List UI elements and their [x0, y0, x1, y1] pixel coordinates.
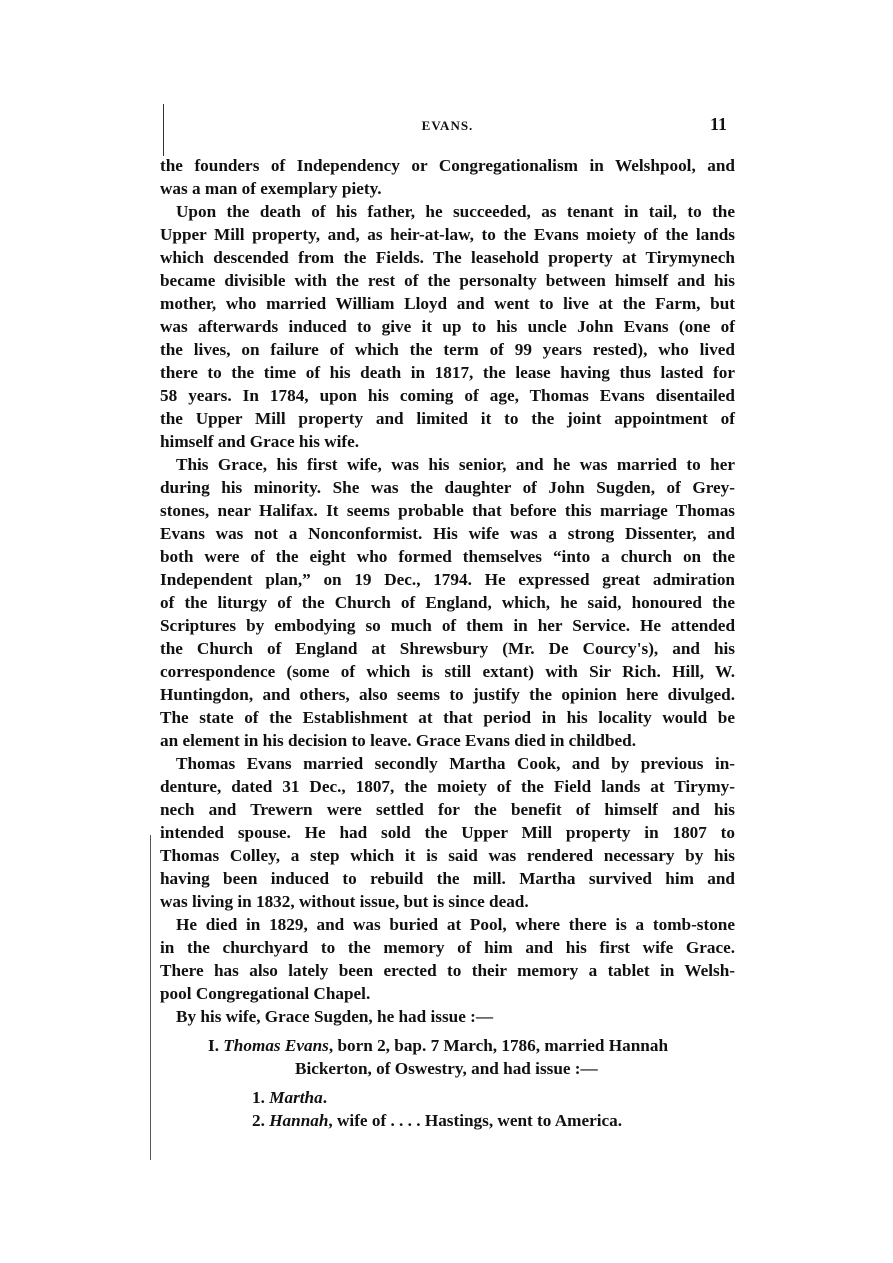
text-line: This Grace, his first wife, was his seni… — [160, 453, 735, 476]
text-line: the lives, on failure of which the term … — [160, 338, 735, 361]
text-line: was a man of exemplary piety. — [160, 177, 735, 200]
child-text: , wife of . . . . Hastings, went to Amer… — [328, 1111, 622, 1130]
text-line: was living in 1832, without issue, but i… — [160, 890, 735, 913]
page-number: 11 — [710, 114, 727, 135]
text-line: Scriptures by embodying so much of them … — [160, 614, 735, 637]
text-line: Thomas Evans married secondly Martha Coo… — [160, 752, 735, 775]
margin-line-bottom — [150, 835, 151, 1160]
text-line: became divisible with the rest of the pe… — [160, 269, 735, 292]
text-line: nech and Trewern were settled for the be… — [160, 798, 735, 821]
text-line: was afterwards induced to give it up to … — [160, 315, 735, 338]
entry-numeral: I. — [208, 1036, 219, 1055]
paragraph: the founders of Independency or Congrega… — [160, 154, 735, 200]
text-line: an element in his decision to leave. Gra… — [160, 729, 735, 752]
text-line: Thomas Colley, a step which it is said w… — [160, 844, 735, 867]
text-line: 58 years. In 1784, upon his coming of ag… — [160, 384, 735, 407]
text-line: stones, near Halifax. It seems probable … — [160, 499, 735, 522]
body-text: the founders of Independency or Congrega… — [160, 154, 735, 1028]
text-line: which descended from the Fields. The lea… — [160, 246, 735, 269]
text-line: in the churchyard to the memory of him a… — [160, 936, 735, 959]
child-name: Martha — [269, 1088, 323, 1107]
genealogy-entry-continuation: Bickerton, of Oswestry, and had issue :— — [295, 1057, 598, 1080]
text-line: of the liturgy of the Church of England,… — [160, 591, 735, 614]
text-line: denture, dated 31 Dec., 1807, the moiety… — [160, 775, 735, 798]
paragraph: Upon the death of his father, he succeed… — [160, 200, 735, 453]
paragraph: Thomas Evans married secondly Martha Coo… — [160, 752, 735, 913]
text-line: By his wife, Grace Sugden, he had issue … — [160, 1005, 735, 1028]
text-line: pool Congregational Chapel. — [160, 982, 735, 1005]
text-line: There has also lately been erected to th… — [160, 959, 735, 982]
text-line: the Church of England at Shrewsbury (Mr.… — [160, 637, 735, 660]
text-line: He died in 1829, and was buried at Pool,… — [160, 913, 735, 936]
text-line: himself and Grace his wife. — [160, 430, 735, 453]
text-line: Upon the death of his father, he succeed… — [160, 200, 735, 223]
page-header: EVANS. 11 — [160, 114, 735, 138]
paragraph: This Grace, his first wife, was his seni… — [160, 453, 735, 752]
child-text: . — [323, 1088, 327, 1107]
text-line: The state of the Establishment at that p… — [160, 706, 735, 729]
text-line: Upper Mill property, and, as heir-at-law… — [160, 223, 735, 246]
text-line: Evans was not a Nonconformist. His wife … — [160, 522, 735, 545]
document-page: EVANS. 11 the founders of Independency o… — [0, 0, 893, 1263]
paragraph: He died in 1829, and was buried at Pool,… — [160, 913, 735, 1005]
text-line: the founders of Independency or Congrega… — [160, 154, 735, 177]
text-line: during his minority. She was the daughte… — [160, 476, 735, 499]
text-line: both were of the eight who formed themse… — [160, 545, 735, 568]
child-name: Hannah — [269, 1111, 328, 1130]
text-line: correspondence (some of which is still e… — [160, 660, 735, 683]
text-line: intended spouse. He had sold the Upper M… — [160, 821, 735, 844]
entry-text: , born 2, bap. 7 March, 1786, married Ha… — [329, 1036, 668, 1055]
paragraph: By his wife, Grace Sugden, he had issue … — [160, 1005, 735, 1028]
text-line: Independent plan,” on 19 Dec., 1794. He … — [160, 568, 735, 591]
text-line: there to the time of his death in 1817, … — [160, 361, 735, 384]
text-line: Huntingdon, and others, also seems to ju… — [160, 683, 735, 706]
entry-name: Thomas Evans — [223, 1036, 329, 1055]
child-entry: 2. Hannah, wife of . . . . Hastings, wen… — [252, 1109, 622, 1132]
child-number: 2. — [252, 1111, 265, 1130]
text-line: the Upper Mill property and limited it t… — [160, 407, 735, 430]
entry-text: Bickerton, of Oswestry, and had issue :— — [295, 1059, 598, 1078]
running-head: EVANS. — [160, 118, 735, 134]
genealogy-entry: I. Thomas Evans, born 2, bap. 7 March, 1… — [208, 1034, 668, 1057]
child-entry: 1. Martha. — [252, 1086, 327, 1109]
child-number: 1. — [252, 1088, 265, 1107]
text-line: having been induced to rebuild the mill.… — [160, 867, 735, 890]
text-line: mother, who married William Lloyd and we… — [160, 292, 735, 315]
